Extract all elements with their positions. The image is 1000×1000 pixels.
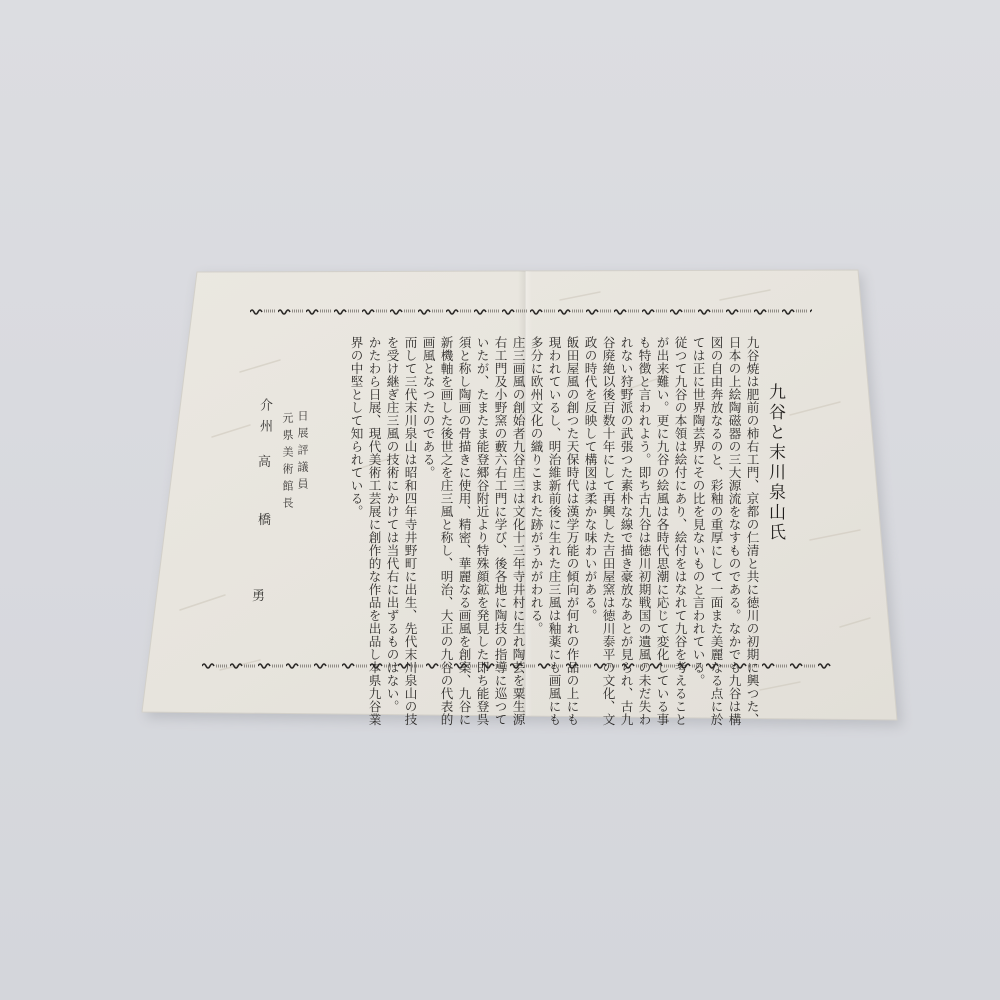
body-column: も特徴と言われよう。即ち古九谷は徳川初期戦国の遺風の未だ失わ bbox=[637, 336, 650, 726]
body-column: 図の自由奔放なるのと、彩釉の重厚にして一面また美麗なる点に於 bbox=[709, 336, 722, 726]
body-column: 新機軸を画した後世之を庄三風と称し、明治、大正の九谷の代表的 bbox=[439, 336, 452, 726]
signature-name-prefix: 介州 bbox=[258, 398, 271, 440]
body-column: 政の時代を反映して構図は柔かな味わいがある。 bbox=[583, 336, 596, 622]
body-column: 九谷焼は肥前の柿右工門、京都の仁清と共に徳川の初期に興つた、 bbox=[745, 336, 758, 726]
body-column: 須と称し陶画の骨描きに使用、精密、華麗なる画風を創案、九谷に bbox=[457, 336, 470, 726]
top-wave-border bbox=[250, 305, 812, 317]
body-column: 右工門及小野窯の藪六右工門に学び、後各地に陶技の指導に巡つて bbox=[493, 336, 506, 726]
leaflet-paper: 九谷と末川泉山氏 九谷焼は肥前の柿右工門、京都の仁清と共に徳川の初期に興つた、 … bbox=[0, 0, 1000, 1000]
signature-role-1: 日展評議員 bbox=[297, 410, 308, 495]
body-column: れない狩野派の武張つた素朴な線で描き豪放なあとが見られ、古九 bbox=[619, 336, 632, 726]
document-title: 九谷と末川泉山氏 bbox=[766, 383, 783, 543]
body-column: 谷廃絶以後百数十年にして再興した吉田屋窯は徳川泰平の文化、文 bbox=[601, 336, 614, 726]
signature-name-isamu: 勇 bbox=[252, 590, 272, 603]
body-column: が出来難い。更に九谷の絵風は各時代思潮に応じて変化している事 bbox=[655, 336, 668, 726]
body-column: を受け継ぎ庄三風の技術にかけては当代右に出ずるものはない。 bbox=[385, 336, 398, 713]
body-column: 従つて九谷の本領は絵付にあり、絵付をはなれて九谷を考えること bbox=[673, 336, 686, 726]
body-column: かたわら日展、現代美術工芸展に創作的な作品を出品し本県九谷業 bbox=[367, 336, 380, 726]
body-column: ては正に世界陶芸界にその比を見ないものと言われている。 bbox=[691, 336, 704, 687]
body-column: いたが、たまたま能登郷谷附近より特殊顔鉱を発見した即ち能登呉 bbox=[475, 336, 488, 726]
body-column: 而して三代末川泉山は昭和四年寺井野町に出生、先代末川泉山の技 bbox=[403, 336, 416, 726]
body-column: 多分に欧州文化の織りこまれた跡がうかがわれる。 bbox=[529, 336, 542, 635]
body-column: 現われているし、明治維新前後に生れた庄三風は釉薬にも画風にも bbox=[547, 336, 560, 726]
body-column: 庄三画風の創始者九谷庄三は文化十三年寺井村に生れ陶芸を粟生源 bbox=[511, 336, 524, 726]
body-column: 日本の上絵陶磁器の三大源流をなすものである。なかでも九谷は構 bbox=[727, 336, 740, 726]
body-column: 界の中堅として知られている。 bbox=[349, 336, 362, 518]
body-column: 飯田屋風の創つた天保時代は漢学万能の傾向が何れの作品の上にも bbox=[565, 336, 578, 726]
signature-name-taka: 高 bbox=[258, 456, 272, 469]
signature-name: 介州 高 橋 勇 bbox=[258, 398, 272, 603]
body-column: 画風となつたのである。 bbox=[421, 336, 434, 479]
signature-name-hashi: 橋 bbox=[258, 514, 272, 527]
signature-role-2: 元県美術館長 bbox=[282, 412, 293, 514]
